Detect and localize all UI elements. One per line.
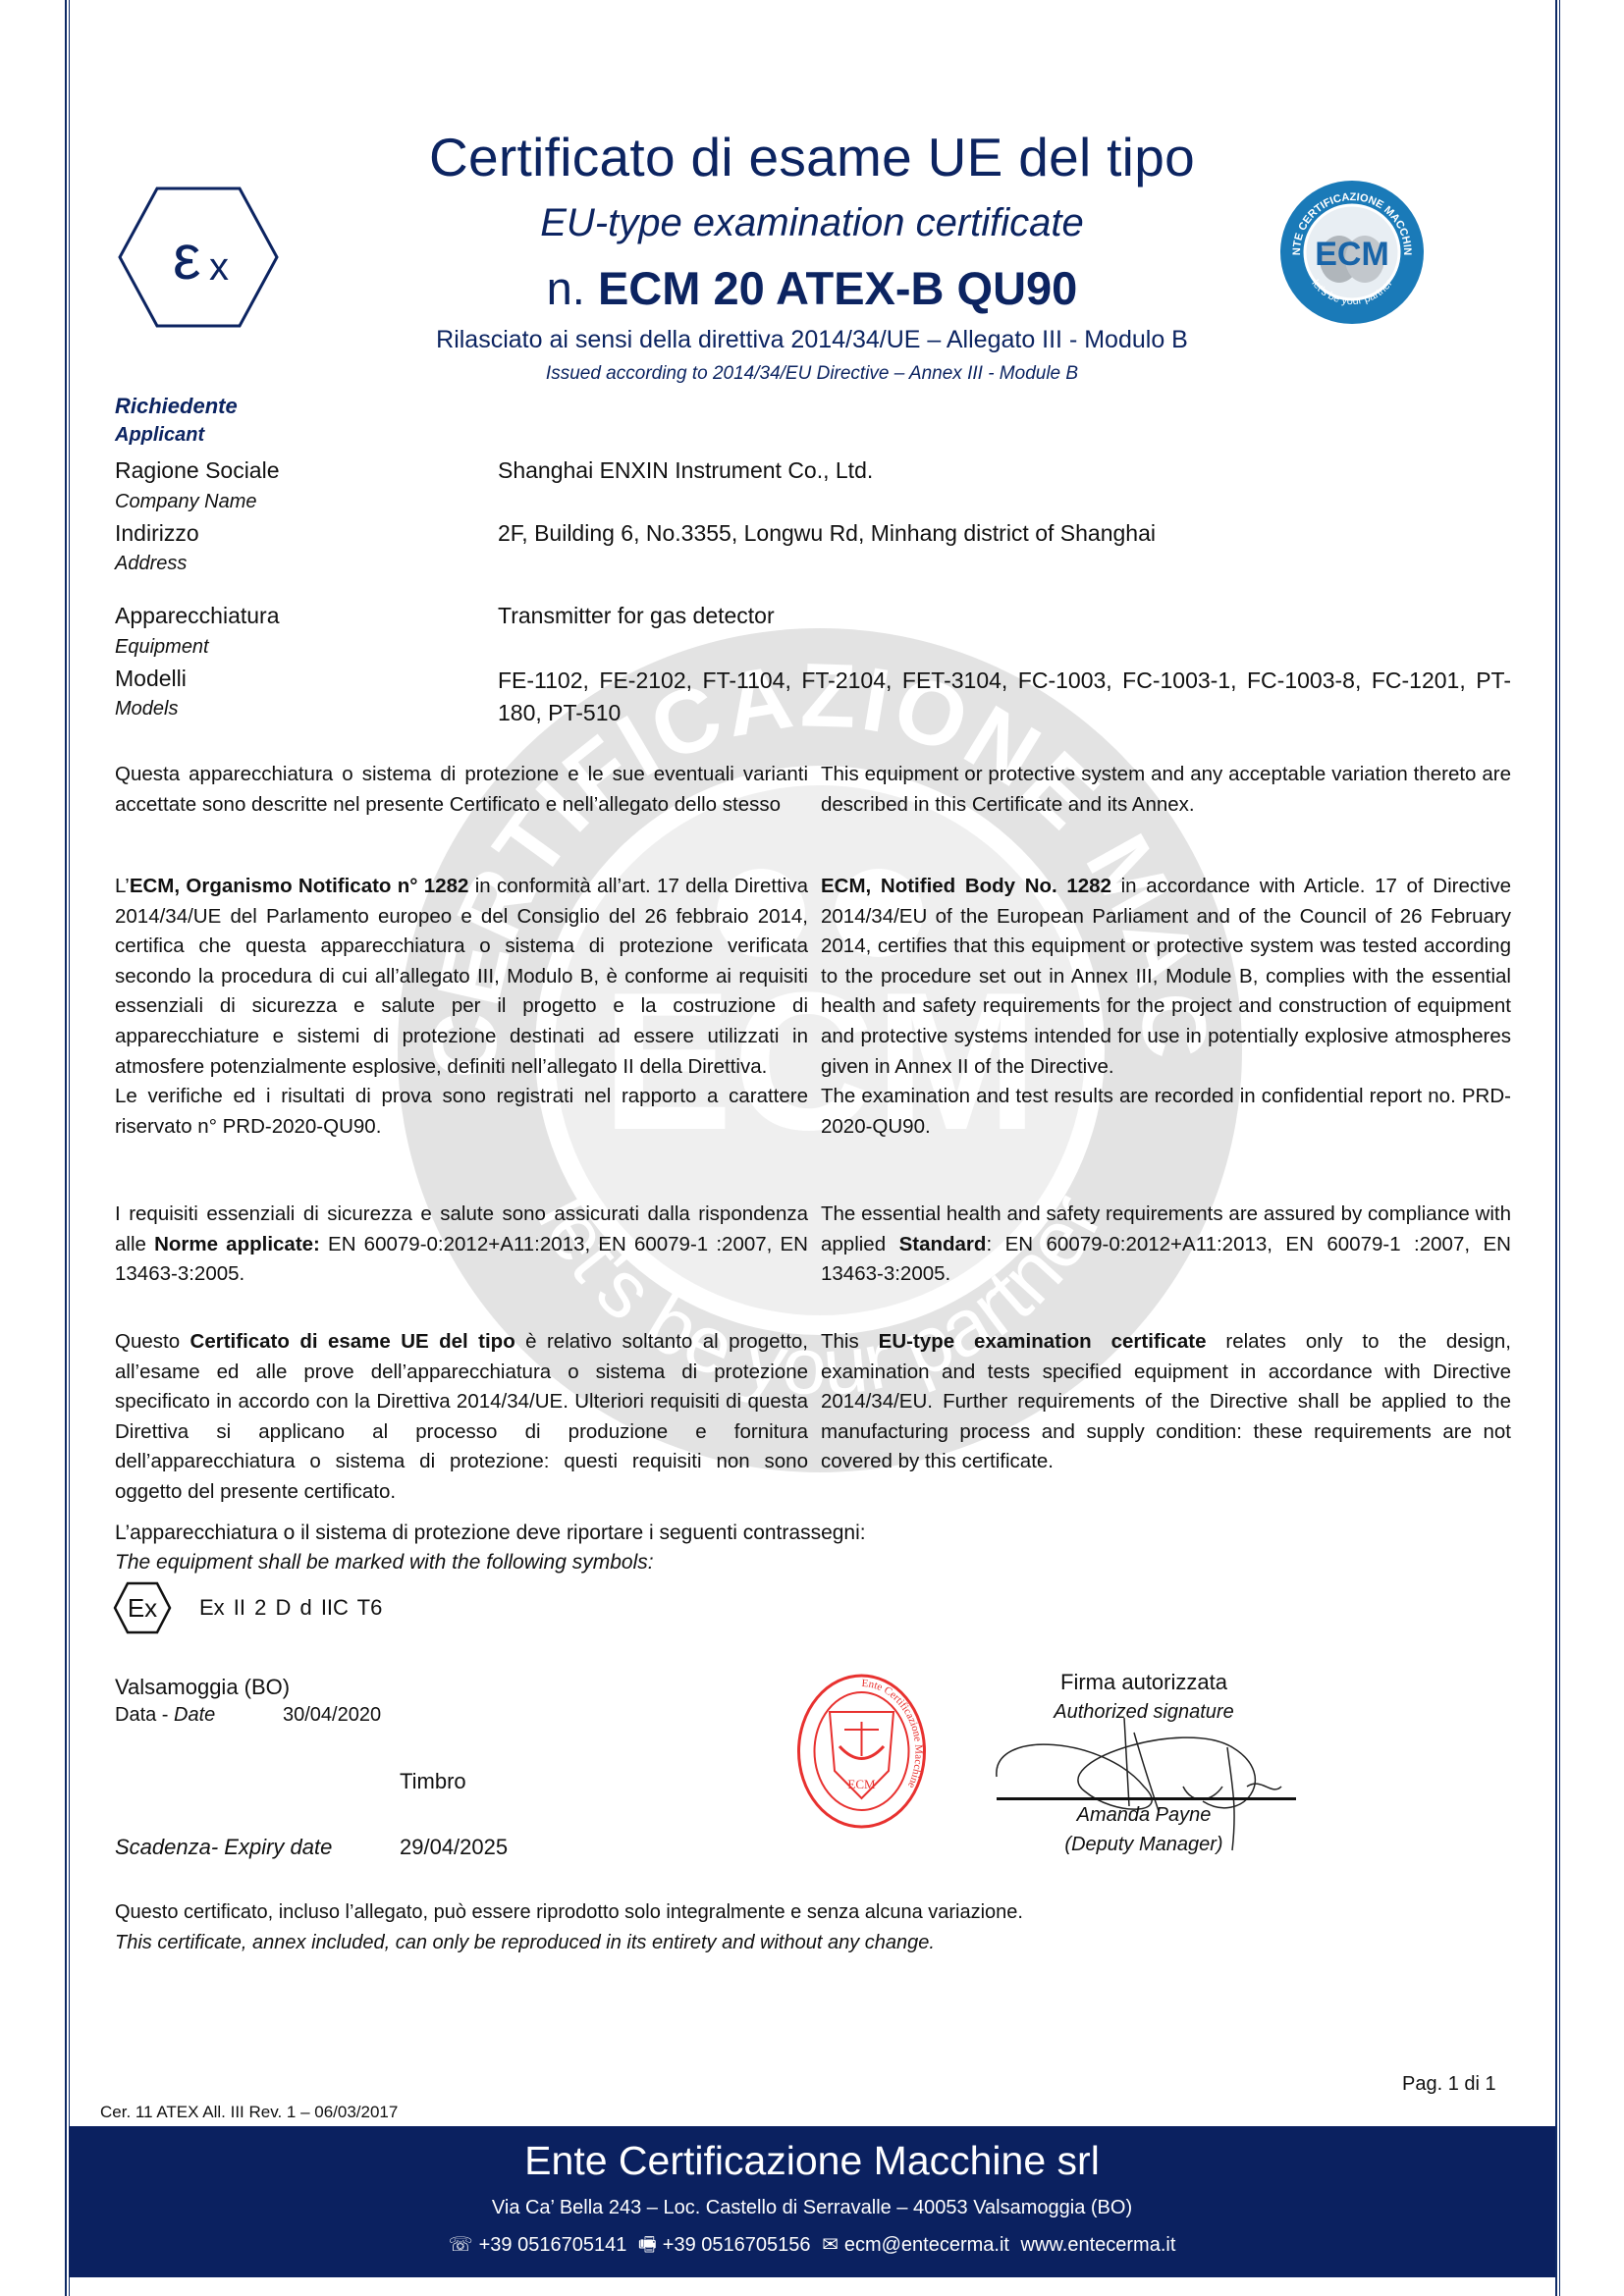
form-reference: Cer. 11 ATEX All. III Rev. 1 – 06/03/201… [100, 2103, 398, 2122]
models-label-it: Modelli [115, 666, 187, 692]
company-name-label-en: Company Name [115, 491, 257, 513]
expiry-label: Scadenza- Expiry date [115, 1835, 332, 1860]
certificate-title-it: Certificato di esame UE del tipo [0, 126, 1624, 188]
page-number: Pag. 1 di 1 [1402, 2073, 1496, 2096]
ex-marking-icon: Ex [113, 1581, 172, 1634]
footer-band: Ente Certificazione Macchine srl Via Ca’… [69, 2126, 1555, 2277]
signature-label-it: Firma autorizzata [997, 1670, 1291, 1695]
footer-email[interactable]: ecm@entecerma.it [844, 2234, 1009, 2256]
marking-code: Ex II 2 D d IIC T6 [199, 1595, 382, 1621]
ecm-official-stamp: Ente Certificazione Macchine ECM [795, 1673, 928, 1830]
standards-paragraph-it: I requisiti essenziali di sicurezza e sa… [115, 1200, 808, 1290]
svg-text:Ex: Ex [128, 1593, 157, 1623]
notified-body-paragraph-it: L’ECM, Organismo Notificato n° 1282 in c… [115, 872, 808, 1142]
notified-body-paragraph-en: ECM, Notified Body No. 1282 in accordanc… [821, 872, 1511, 1142]
issued-according-it: Rilasciato ai sensi della direttiva 2014… [0, 326, 1624, 354]
scope-paragraph-en: This equipment or protective system and … [821, 760, 1511, 820]
stamp-label: Timbro [400, 1769, 466, 1794]
marking-intro-it: L’apparecchiatura o il sistema di protez… [115, 1522, 866, 1545]
issue-place: Valsamoggia (BO) [115, 1675, 290, 1700]
models-value: FE-1102, FE-2102, FT-1104, FT-2104, FET-… [498, 665, 1511, 729]
footer-contacts: ☏+39 0516705141 🖷+39 0516705156 ✉ecm@ent… [69, 2230, 1555, 2264]
applicant-heading-it: Richiedente [115, 394, 238, 419]
models-label-en: Models [115, 698, 178, 721]
footer-address: Via Ca’ Bella 243 – Loc. Castello di Ser… [69, 2197, 1555, 2219]
footer-website[interactable]: www.entecerma.it [1021, 2234, 1176, 2256]
standards-paragraph-en: The essential health and safety requirem… [821, 1200, 1511, 1290]
email-icon: ✉ [822, 2234, 839, 2256]
equipment-value: Transmitter for gas detector [498, 603, 775, 629]
fax-icon: 🖷 [638, 2234, 657, 2256]
applicant-heading-en: Applicant [115, 424, 204, 447]
svg-text:Ente Certificazione Macchine: Ente Certificazione Macchine [861, 1678, 924, 1790]
limitation-paragraph-en: This EU-type examination certificate rel… [821, 1327, 1511, 1477]
reproduction-notice-it: Questo certificato, incluso l’allegato, … [115, 1901, 1023, 1924]
address-label-it: Indirizzo [115, 520, 199, 547]
company-name-value: Shanghai ENXIN Instrument Co., Ltd. [498, 457, 873, 484]
signer-name: Amanda Payne [997, 1804, 1291, 1827]
reproduction-notice-en: This certificate, annex included, can on… [115, 1932, 935, 1954]
svg-text:ECM: ECM [847, 1777, 876, 1791]
certificate-number: n. ECM 20 ATEX-B QU90 [0, 261, 1624, 315]
limitation-paragraph-it: Questo Certificato di esame UE del tipo … [115, 1327, 808, 1508]
signer-role: (Deputy Manager) [997, 1834, 1291, 1856]
footer-fax: +39 0516705156 [663, 2234, 811, 2256]
footer-phone[interactable]: +39 0516705141 [479, 2234, 627, 2256]
address-label-en: Address [115, 553, 187, 575]
phone-icon: ☏ [449, 2234, 473, 2256]
issue-date-label: Data - Date [115, 1704, 215, 1727]
expiry-date: 29/04/2025 [400, 1835, 508, 1860]
scope-paragraph-it: Questa apparecchiatura o sistema di prot… [115, 760, 808, 820]
issued-according-en: Issued according to 2014/34/EU Directive… [0, 363, 1624, 385]
issue-date: 30/04/2020 [283, 1704, 381, 1727]
equipment-label-it: Apparecchiatura [115, 603, 280, 629]
equipment-label-en: Equipment [115, 636, 209, 659]
certificate-title-en: EU-type examination certificate [0, 201, 1624, 245]
footer-company-name: Ente Certificazione Macchine srl [69, 2138, 1555, 2184]
address-value: 2F, Building 6, No.3355, Longwu Rd, Minh… [498, 520, 1156, 547]
company-name-label-it: Ragione Sociale [115, 457, 280, 484]
marking-intro-en: The equipment shall be marked with the f… [115, 1551, 654, 1575]
signature-line [997, 1797, 1296, 1800]
